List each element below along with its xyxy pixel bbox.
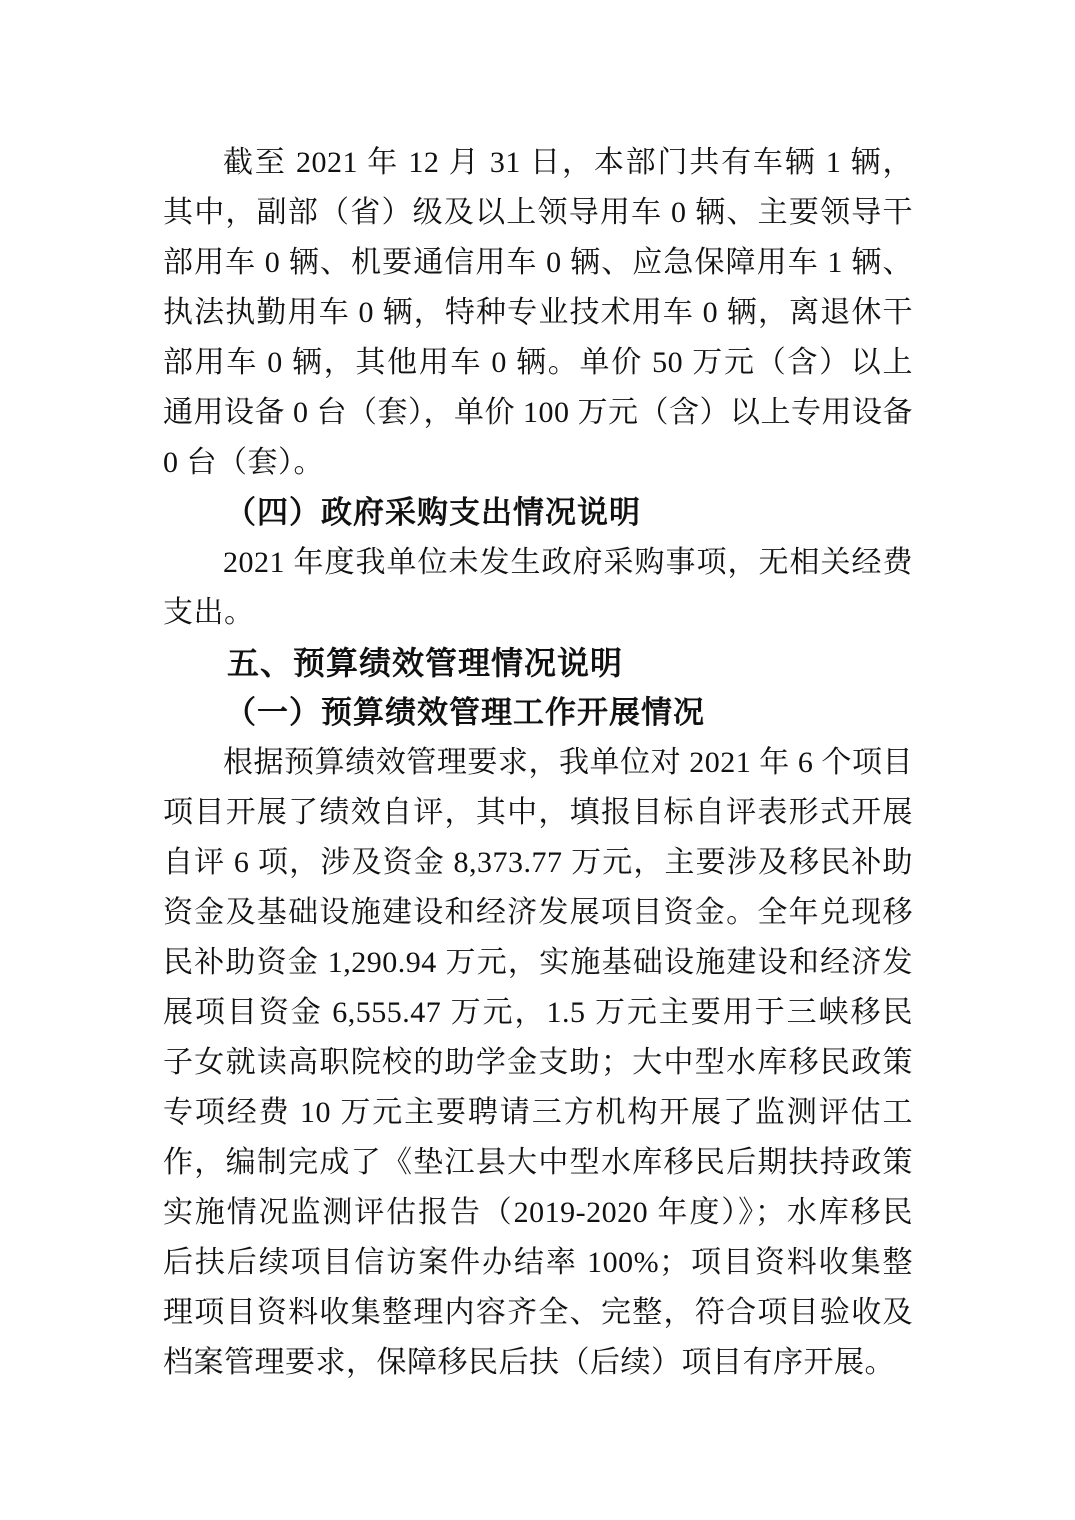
paragraph-performance-detail: 根据预算绩效管理要求，我单位对 2021 年 6 个项目项目开展了绩效自评，其中… <box>163 738 913 1388</box>
document-page: 截至 2021 年 12 月 31 日，本部门共有车辆 1 辆，其中，副部（省）… <box>163 138 913 1388</box>
paragraph-gov-procurement: 2021 年度我单位未发生政府采购事项，无相关经费支出。 <box>163 538 913 638</box>
subheading-gov-procurement: （四）政府采购支出情况说明 <box>163 488 913 538</box>
heading-budget-performance: 五、预算绩效管理情况说明 <box>163 638 913 688</box>
subheading-performance-work: （一）预算绩效管理工作开展情况 <box>163 688 913 738</box>
paragraph-vehicle-and-equipment: 截至 2021 年 12 月 31 日，本部门共有车辆 1 辆，其中，副部（省）… <box>163 138 913 488</box>
